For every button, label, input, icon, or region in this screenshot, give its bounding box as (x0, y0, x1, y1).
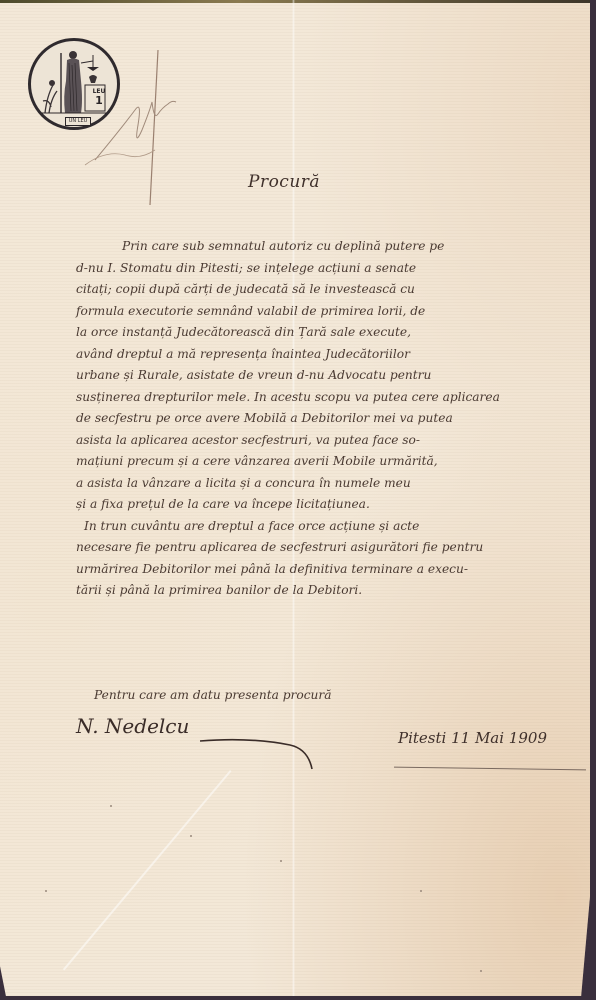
body-line: formula executorie semnând valabil de pr… (76, 301, 576, 323)
document-title: Procură (248, 172, 320, 192)
body-line: Prin care sub semnatul autoriz cu deplin… (76, 236, 576, 258)
date-underline (394, 767, 586, 771)
body-line: susținerea drepturilor mele. In acestu s… (76, 387, 576, 409)
body-line: mațiuni precum și a cere vânzarea averii… (76, 451, 576, 473)
document-body: Prin care sub semnatul autoriz cu deplin… (76, 236, 576, 602)
body-line: de secfestru pe orce avere Mobilă a Debi… (76, 408, 576, 430)
body-line: tării și până la primirea banilor de la … (76, 580, 576, 602)
signature: N. Nedelcu (76, 714, 189, 738)
body-line: urmărirea Debitorilor mei până la defini… (76, 559, 576, 581)
body-line: necesare fie pentru aplicarea de secfest… (76, 537, 576, 559)
margin-signature-flourish (80, 30, 180, 210)
body-line: a asista la vânzare a licita și a concur… (76, 473, 576, 495)
body-line: urbane și Rurale, asistate de vreun d-nu… (76, 365, 576, 387)
body-line: la orce instanță Judecătorească din Țară… (76, 322, 576, 344)
body-line: d-nu I. Stomatu din Pitesti; se ințelege… (76, 258, 576, 280)
document-page: LEU 1 UN LEU Procură Prin care sub semna… (0, 0, 590, 996)
signature-flourish (200, 735, 320, 775)
closing-line: Pentru care am datu presenta procură (94, 688, 331, 702)
body-line: In trun cuvântu are dreptul a face orce … (76, 516, 576, 538)
body-line: asista la aplicarea acestor secfestruri,… (76, 430, 576, 452)
body-line: având dreptul a mă represența înaintea J… (76, 344, 576, 366)
place-and-date: Pitesti 11 Mai 1909 (398, 729, 547, 747)
page-top-edge (0, 0, 596, 3)
diagonal-fold-crease (63, 770, 232, 970)
body-line: citați; copii după cărți de judecată să … (76, 279, 576, 301)
body-line: și a fixa prețul de la care va începe li… (76, 494, 576, 516)
